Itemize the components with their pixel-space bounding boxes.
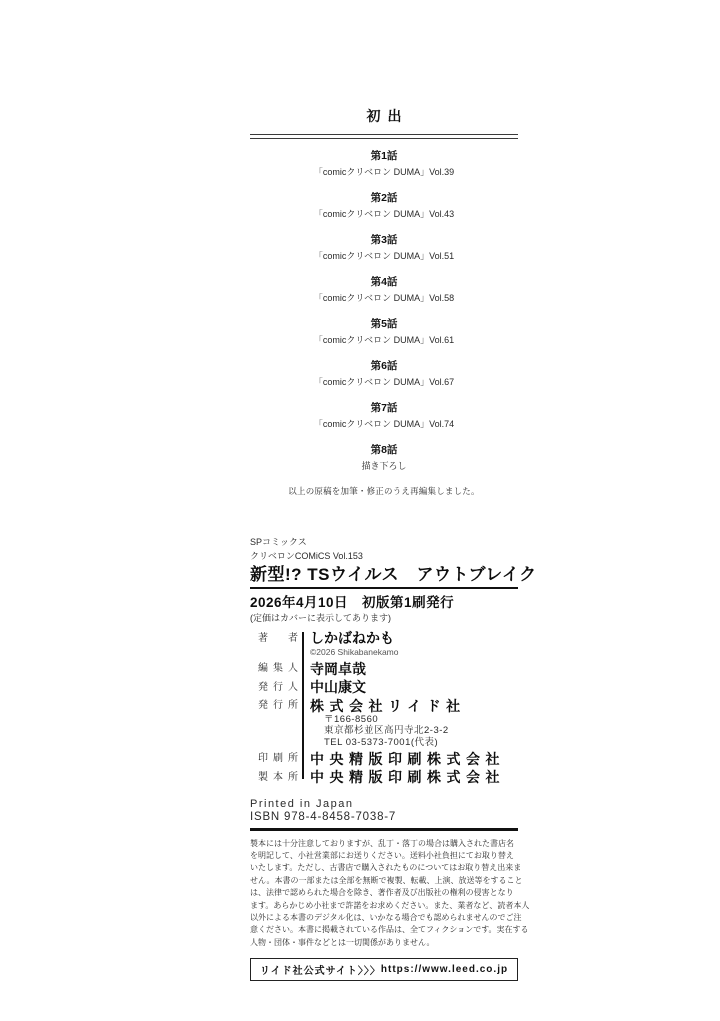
episode-title: 第2話 [250,192,518,204]
postal-code: 〒166-8560 [324,714,466,726]
episode-item: 第2話 「comicクリベロン DUMA」Vol.43 [250,192,518,220]
address-line: 東京都杉並区高円寺北2-3-2 [324,725,466,737]
printed-in-japan: Printed in Japan [250,798,518,811]
series-volume: クリベロンCOMiCS Vol.153 [250,550,518,564]
credit-row-printer: 印刷所 中央精版印刷株式会社 [250,751,518,767]
publisher-address: 〒166-8560 東京都杉並区高円寺北2-3-2 TEL 03-5373-70… [324,714,466,749]
first-publication-heading: 初出 [250,108,518,125]
legal-line: ます。あらかじめ小社まで許諾をお求めください。また、業者など、読者本人 [250,900,518,912]
episode-source: 「comicクリベロン DUMA」Vol.67 [250,377,518,388]
credits-table: 著者 しかばねかも ©2026 Shikabanekamo 編集人 寺岡卓哉 発… [250,630,518,785]
reedit-note: 以上の原稿を加筆・修正のうえ再編集しました。 [250,486,518,496]
legal-line: は、法律で認められた場合を除き、著作者及び出版社の権利の侵害となり [250,887,518,899]
credits-divider [302,632,304,779]
legal-line: を明記して、小社営業部にお送りください。送料小社負担にてお取り替え [250,850,518,862]
episode-item: 第1話 「comicクリベロン DUMA」Vol.39 [250,150,518,178]
legal-line: 意ください。本書に掲載されている作品は、全てフィクションです。実在する [250,924,518,936]
author-name: しかばねかも [310,630,399,646]
credit-label: 編集人 [258,661,298,676]
series-name: SPコミックス [250,536,518,550]
site-label: リイド社公式サイト [260,962,358,977]
episode-title: 第1話 [250,150,518,162]
episode-source: 「comicクリベロン DUMA」Vol.74 [250,419,518,430]
legal-line: いたします。ただし、古書店で購入されたものについてはお取り替え出来ま [250,862,518,874]
legal-notice: 製本には十分注意しておりますが、乱丁・落丁の場合は購入された書店名 を明記して、… [250,838,518,950]
episode-title: 第3話 [250,234,518,246]
credit-label: 発行所 [258,698,298,713]
legal-line: 以外による本書のデジタル化は、いかなる場合でも認められませんのでご注 [250,912,518,924]
episode-title: 第8話 [250,444,518,456]
episode-title: 第7話 [250,402,518,414]
credit-label: 印刷所 [258,751,298,766]
episode-item: 第7話 「comicクリベロン DUMA」Vol.74 [250,402,518,430]
legal-line: せん。本書の一部または全部を無断で複製、転載、上演、放送等をすること [250,875,518,887]
episode-item: 第5話 「comicクリベロン DUMA」Vol.61 [250,318,518,346]
credit-label: 製本所 [258,769,298,784]
episode-source: 「comicクリベロン DUMA」Vol.51 [250,251,518,262]
credit-row-issuer: 発行人 中山康文 [250,679,518,695]
episode-item: 第8話 描き下ろし [250,444,518,472]
heading-divider [250,134,518,139]
first-publication-section: 初出 第1話 「comicクリベロン DUMA」Vol.39 第2話 「comi… [250,108,518,496]
site-url: https://www.leed.co.jp [381,964,508,975]
colophon-page: 初出 第1話 「comicクリベロン DUMA」Vol.39 第2話 「comi… [0,0,720,1021]
credit-label: 発行人 [258,679,298,694]
legal-line: 人物・団体・事件などとは一切関係がありません。 [250,937,518,949]
issuer-name: 中山康文 [310,679,366,695]
editor-name: 寺岡卓哉 [310,661,366,677]
episode-item: 第4話 「comicクリベロン DUMA」Vol.58 [250,276,518,304]
episode-title: 第4話 [250,276,518,288]
episode-source: 「comicクリベロン DUMA」Vol.39 [250,167,518,178]
price-note: (定価はカバーに表示してあります) [250,613,518,624]
binder-name: 中央精版印刷株式会社 [310,769,505,785]
colophon-section: SPコミックス クリベロンCOMiCS Vol.153 新型!? TSウイルス … [250,536,518,825]
credit-row-author: 著者 しかばねかも ©2026 Shikabanekamo [250,630,518,658]
credit-label: 著者 [258,630,298,645]
episode-source: 「comicクリベロン DUMA」Vol.61 [250,335,518,346]
isbn-line: ISBN 978-4-8458-7038-7 [250,811,518,825]
copyright-line: ©2026 Shikabanekamo [310,646,399,658]
episode-list: 第1話 「comicクリベロン DUMA」Vol.39 第2話 「comicクリ… [250,150,518,472]
printer-name: 中央精版印刷株式会社 [310,751,505,767]
edition-line: 2026年4月10日 初版第1刷発行 [250,595,518,610]
credit-row-editor: 編集人 寺岡卓哉 [250,661,518,677]
title-underline [250,587,518,589]
official-site-box: リイド社公式サイト 〉〉〉 https://www.leed.co.jp [250,958,518,981]
episode-source: 「comicクリベロン DUMA」Vol.58 [250,293,518,304]
phone-line: TEL 03-5373-7001(代表) [324,737,466,749]
book-title: 新型!? TSウイルス アウトブレイク [250,565,518,584]
triple-chevron-icon: 〉〉〉 [358,962,381,977]
content-column: 初出 第1話 「comicクリベロン DUMA」Vol.39 第2話 「comi… [250,0,518,981]
episode-source: 「comicクリベロン DUMA」Vol.43 [250,209,518,220]
credit-row-publisher: 発行所 株式会社リイド社 〒166-8560 東京都杉並区高円寺北2-3-2 T… [250,698,518,749]
credit-row-binder: 製本所 中央精版印刷株式会社 [250,769,518,785]
publisher-name: 株式会社リイド社 [310,698,466,714]
episode-title: 第5話 [250,318,518,330]
legal-line: 製本には十分注意しておりますが、乱丁・落丁の場合は購入された書店名 [250,838,518,850]
episode-item: 第6話 「comicクリベロン DUMA」Vol.67 [250,360,518,388]
series-info: SPコミックス クリベロンCOMiCS Vol.153 [250,536,518,563]
legal-divider [250,828,518,831]
episode-source: 描き下ろし [250,461,518,472]
episode-title: 第6話 [250,360,518,372]
episode-item: 第3話 「comicクリベロン DUMA」Vol.51 [250,234,518,262]
